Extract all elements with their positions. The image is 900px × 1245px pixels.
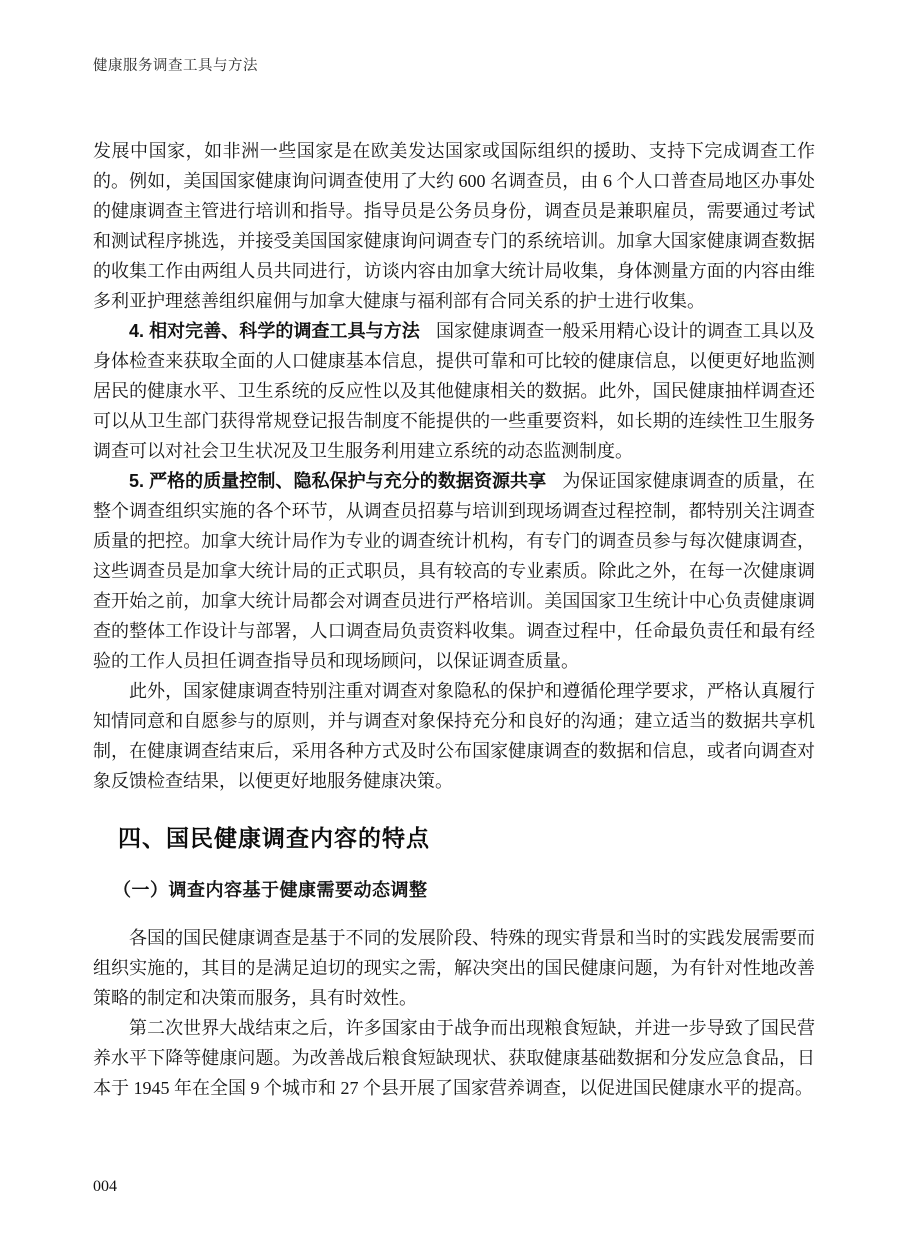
paragraph: 第二次世界大战结束之后，许多国家由于战争而出现粮食短缺，并进一步导致了国民营养水…	[93, 1013, 815, 1103]
paragraph-continuation: 发展中国家，如非洲一些国家是在欧美发达国家或国际组织的援助、支持下完成调查工作的…	[93, 136, 815, 316]
paragraph-text: 国家健康调查一般采用精心设计的调查工具以及身体检查来获取全面的人口健康基本信息，…	[93, 321, 815, 461]
paragraph: 各国的国民健康调查是基于不同的发展阶段、特殊的现实背景和当时的实践发展需要而组织…	[93, 923, 815, 1013]
page-body: 发展中国家，如非洲一些国家是在欧美发达国家或国际组织的援助、支持下完成调查工作的…	[93, 136, 815, 1103]
paragraph-bold-lead: 5. 严格的质量控制、隐私保护与充分的数据资源共享	[129, 471, 546, 491]
paragraph: 此外，国家健康调查特别注重对调查对象隐私的保护和遵循伦理学要求，严格认真履行知情…	[93, 676, 815, 796]
running-header: 健康服务调查工具与方法	[93, 56, 815, 76]
section-heading: 四、国民健康调查内容的特点	[118, 822, 815, 856]
paragraph-item-5: 5. 严格的质量控制、隐私保护与充分的数据资源共享为保证国家健康调查的质量，在整…	[93, 466, 815, 676]
subsection-body: 各国的国民健康调查是基于不同的发展阶段、特殊的现实背景和当时的实践发展需要而组织…	[93, 923, 815, 1103]
book-page: 健康服务调查工具与方法 发展中国家，如非洲一些国家是在欧美发达国家或国际组织的援…	[0, 0, 900, 1245]
paragraph-item-4: 4. 相对完善、科学的调查工具与方法国家健康调查一般采用精心设计的调查工具以及身…	[93, 316, 815, 466]
page-number: 004	[93, 1178, 117, 1196]
paragraph-text: 为保证国家健康调查的质量，在整个调查组织实施的各个环节，从调查员招募与培训到现场…	[93, 471, 815, 671]
subsection-heading: （一）调查内容基于健康需要动态调整	[113, 877, 815, 903]
paragraph-bold-lead: 4. 相对完善、科学的调查工具与方法	[129, 321, 420, 341]
